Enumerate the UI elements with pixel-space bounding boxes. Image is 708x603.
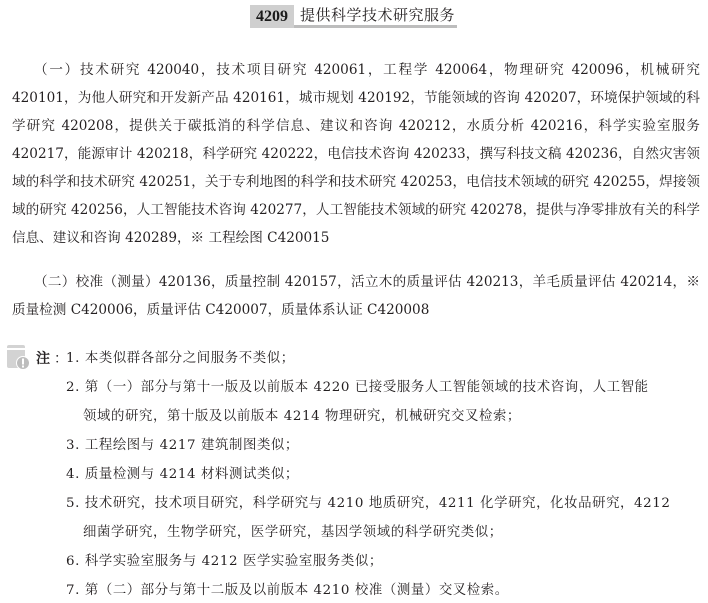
note-item-5: 5. 技术研究，技术项目研究，科学研究与 4210 地质研究，4211 化学研究… — [66, 489, 702, 547]
note-item-7: 7. 第（二）部分与第十二版及以前版本 4210 校准（测量）交叉检索。 — [66, 576, 702, 603]
class-code-badge: 4209 — [250, 5, 294, 28]
note-item-6: 6. 科学实验室服务与 4212 医学实验室服务类似； — [66, 547, 702, 576]
note-item-text: 4. 质量检测与 4214 材料测试类似； — [66, 467, 299, 482]
section-2-text: （二）校准（测量）420136，质量控制 420157，活立木的质量评估 420… — [12, 268, 700, 324]
note-item-3: 3. 工程绘图与 4217 建筑制图类似； — [66, 431, 702, 460]
note-item-text: 6. 科学实验室服务与 4212 医学实验室服务类似； — [66, 554, 383, 569]
note-label: 注 — [36, 346, 50, 372]
note-alert-icon — [6, 344, 32, 372]
class-header: 4209 提供科学技术研究服务 — [250, 4, 457, 28]
note-item-continuation: 细菌学研究，生物学研究，医学研究，基因学领域的科学研究类似； — [66, 518, 702, 547]
note-item-text: 1. 本类似群各部分之间服务不类似； — [66, 351, 295, 366]
note-item-text: 3. 工程绘图与 4217 建筑制图类似； — [66, 438, 299, 453]
note-item-4: 4. 质量检测与 4214 材料测试类似； — [66, 460, 702, 489]
note-item-1: 1. 本类似群各部分之间服务不类似； — [66, 344, 702, 373]
section-1-text: （一）技术研究 420040，技术项目研究 420061，工程学 420064，… — [12, 56, 700, 252]
note-item-text: 5. 技术研究，技术项目研究，科学研究与 4210 地质研究，4211 化学研究… — [66, 496, 671, 511]
note-item-text: 2. 第（一）部分与第十一版及以前版本 4220 已接受服务人工智能领域的技术咨… — [66, 380, 649, 395]
note-item-2: 2. 第（一）部分与第十一版及以前版本 4220 已接受服务人工智能领域的技术咨… — [66, 373, 702, 431]
note-item-continuation: 领域的研究，第十版及以前版本 4214 物理研究，机械研究交叉检索； — [66, 402, 702, 431]
class-title: 提供科学技术研究服务 — [294, 5, 457, 28]
note-item-text: 7. 第（二）部分与第十二版及以前版本 4210 校准（测量）交叉检索。 — [66, 583, 509, 598]
